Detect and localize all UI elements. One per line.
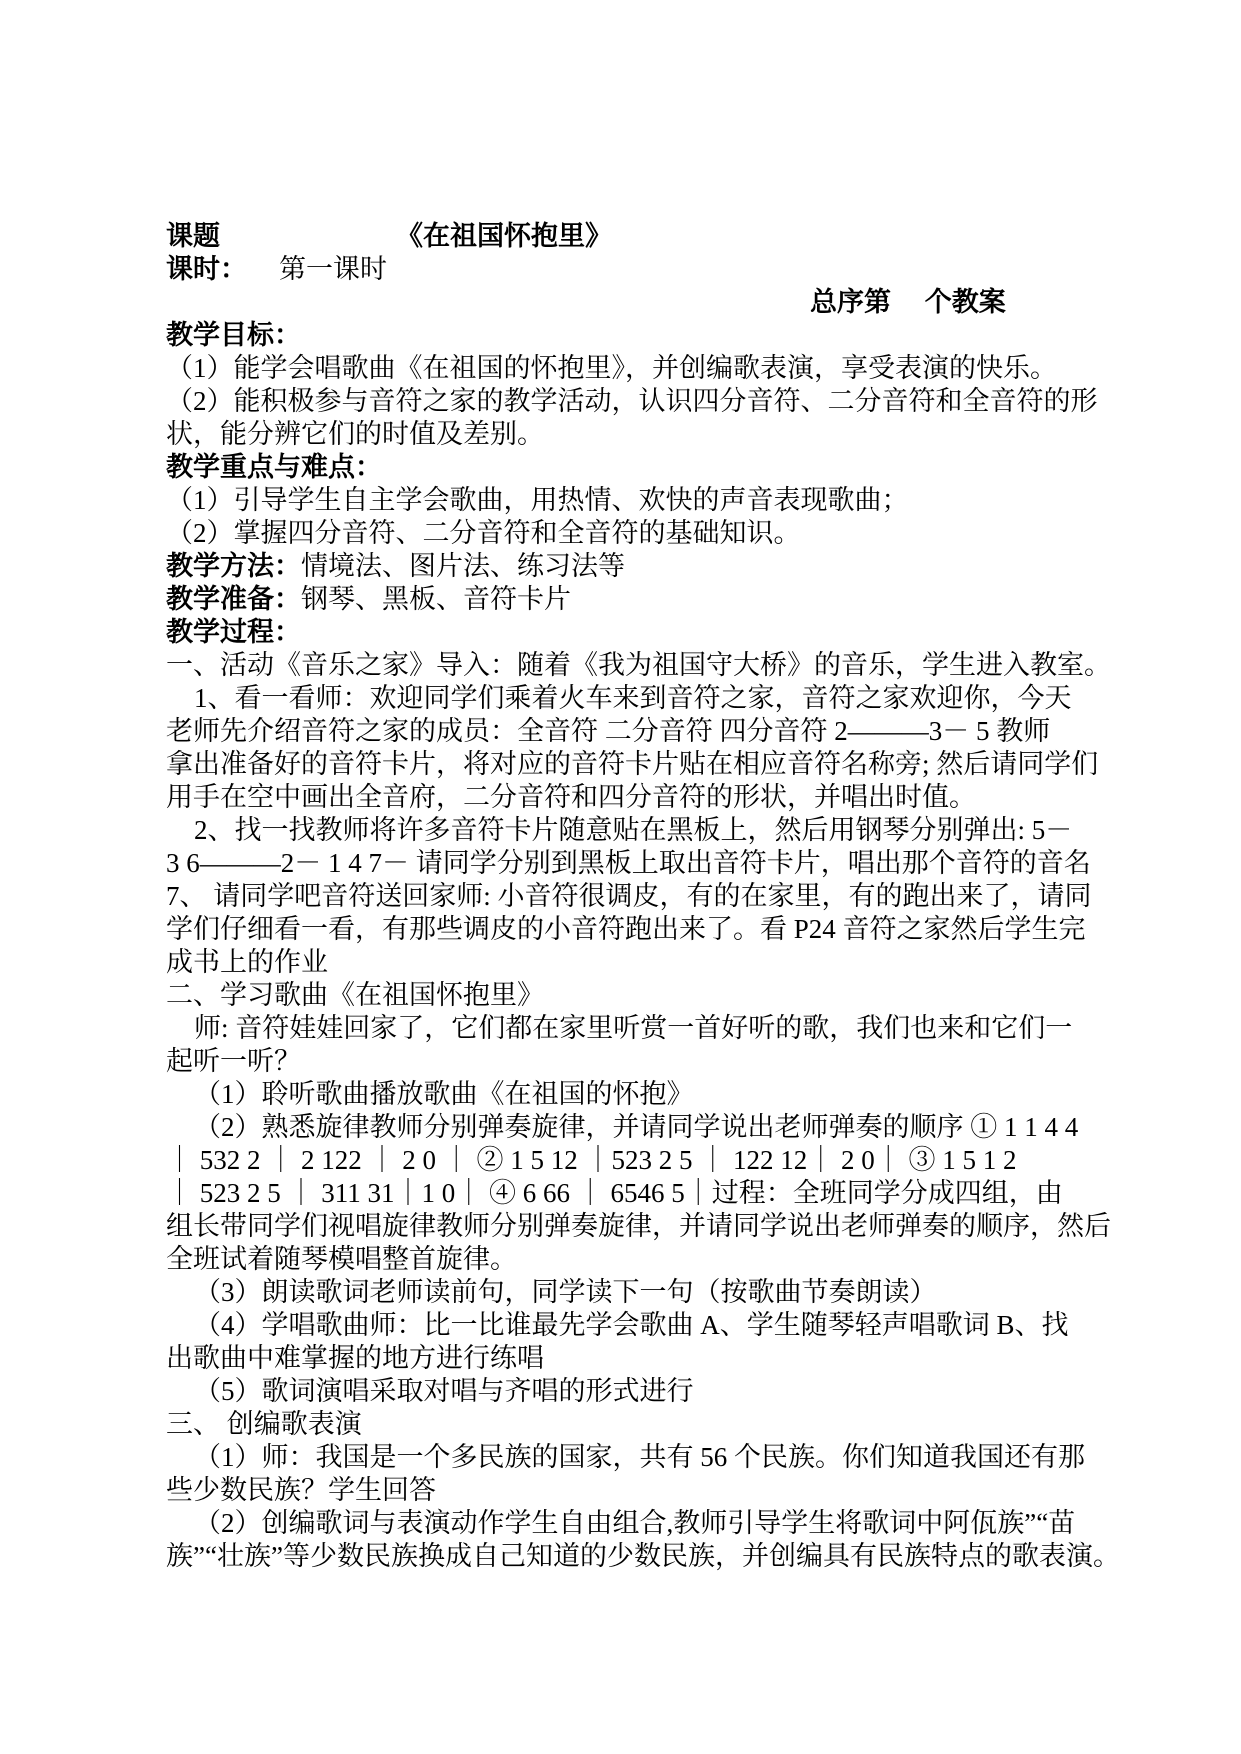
process-step-3: 三、 创编歌表演 [166,1408,1075,1441]
heading-key-difficult-points: 教学重点与难点： [166,451,1075,484]
process-line: 1、看一看师：欢迎同学们乘着火车来到音符之家，音符之家欢迎你，今天 [166,682,1075,715]
process-line: （4）学唱歌曲师：比一比谁最先学会歌曲 A、学生随琴轻声唱歌词 B、找 [166,1309,1075,1342]
process-line: 用手在空中画出全音府，二分音符和四分音符的形状，并唱出时值。 [166,781,1075,814]
key-point-item-2: （2）掌握四分音符、二分音符和全音符的基础知识。 [166,517,1075,550]
line-teaching-prep: 教学准备：钢琴、黑板、音符卡片 [166,583,1075,616]
process-line: 学们仔细看一看，有那些调皮的小音符跑出来了。看 P24 音符之家然后学生完 [166,913,1075,946]
process-line: 出歌曲中难掌握的地方进行练唱 [166,1342,1075,1375]
process-line: 族”“壮族”等少数民族换成自己知道的少数民族，并创编具有民族特点的歌表演。 [166,1540,1075,1573]
process-line: 全班试着随琴模唱整首旋律。 [166,1243,1075,1276]
key-point-item-1: （1）引导学生自主学会歌曲，用热情、欢快的声音表现歌曲； [166,484,1075,517]
heading-teaching-process: 教学过程： [166,616,1075,649]
course-title-label: 课题 [166,221,220,251]
serial-number-line: 总序第 个教案 [166,286,1075,319]
process-line: 7、 请同学吧音符送回家师: 小音符很调皮，有的在家里，有的跑出来了，请同 [166,880,1075,913]
process-line-notation: 3 6———2－ 1 4 7－ 请同学分别到黑板上取出音符卡片，唱出那个音符的音… [166,847,1075,880]
process-line: 师: 音符娃娃回家了，它们都在家里听赏一首好听的歌，我们也来和它们一 [166,1012,1075,1045]
document-page: 课题《在祖国怀抱里》 课时：第一课时 总序第 个教案 教学目标： （1）能学会唱… [0,0,1075,1573]
teaching-method-label: 教学方法： [166,551,301,581]
process-line-notation: ｜ 532 2 ｜ 2 122 ｜ 2 0 ｜ ② 1 5 12 ｜523 2 … [166,1144,1075,1177]
process-line: （1）聆听歌曲播放歌曲《在祖国的怀抱》 [166,1078,1075,1111]
process-line: （5）歌词演唱采取对唱与齐唱的形式进行 [166,1375,1075,1408]
teaching-prep-label: 教学准备： [166,584,301,614]
process-line: （1）师：我国是一个多民族的国家，共有 56 个民族。你们知道我国还有那 [166,1441,1075,1474]
process-step-2: 二、学习歌曲《在祖国怀抱里》 [166,979,1075,1012]
process-step-1: 一、活动《音乐之家》导入：随着《我为祖国守大桥》的音乐，学生进入教室。 [166,649,1075,682]
teaching-goal-item-2: （2）能积极参与音符之家的教学活动，认识四分音符、二分音符和全音符的形 [166,385,1075,418]
heading-teaching-goals: 教学目标： [166,319,1075,352]
teaching-method-value: 情境法、图片法、练习法等 [301,551,625,581]
process-line: 老师先介绍音符之家的成员：全音符 二分音符 四分音符 2———3－ 5 教师 [166,715,1075,748]
teaching-goal-item-2-cont: 状，能分辨它们的时值及差别。 [166,418,1075,451]
process-line: 起听一听？ [166,1045,1075,1078]
period-value: 第一课时 [279,254,387,284]
teaching-prep-value: 钢琴、黑板、音符卡片 [301,584,571,614]
teaching-goal-item-1: （1）能学会唱歌曲《在祖国的怀抱里》，并创编歌表演，享受表演的快乐。 [166,352,1075,385]
line-teaching-method: 教学方法：情境法、图片法、练习法等 [166,550,1075,583]
process-line: 组长带同学们视唱旋律教师分别弹奏旋律，并请同学说出老师弹奏的顺序，然后 [166,1210,1075,1243]
process-line: （2）创编歌词与表演动作学生自由组合,教师引导学生将歌词中阿佤族”“苗 [166,1507,1075,1540]
process-line: 2、找一找教师将许多音符卡片随意贴在黑板上，然后用钢琴分别弹出: 5－ [166,814,1075,847]
process-line: 拿出准备好的音符卡片，将对应的音符卡片贴在相应音符名称旁; 然后请同学们 [166,748,1075,781]
process-line: 些少数民族？学生回答 [166,1474,1075,1507]
process-line: （3）朗读歌词老师读前句，同学读下一句（按歌曲节奏朗读） [166,1276,1075,1309]
process-line: 成书上的作业 [166,946,1075,979]
process-line: （2）熟悉旋律教师分别弹奏旋律，并请同学说出老师弹奏的顺序 ① 1 1 4 4 [166,1111,1075,1144]
line-course-period: 课时：第一课时 [166,253,1075,286]
course-title: 《在祖国怀抱里》 [396,221,612,251]
process-line-notation: ｜ 523 2 5 ｜ 311 31｜1 0｜ ④ 6 66 ｜ 6546 5｜… [166,1177,1075,1210]
period-label: 课时： [166,254,247,284]
line-course-title: 课题《在祖国怀抱里》 [166,220,1075,253]
